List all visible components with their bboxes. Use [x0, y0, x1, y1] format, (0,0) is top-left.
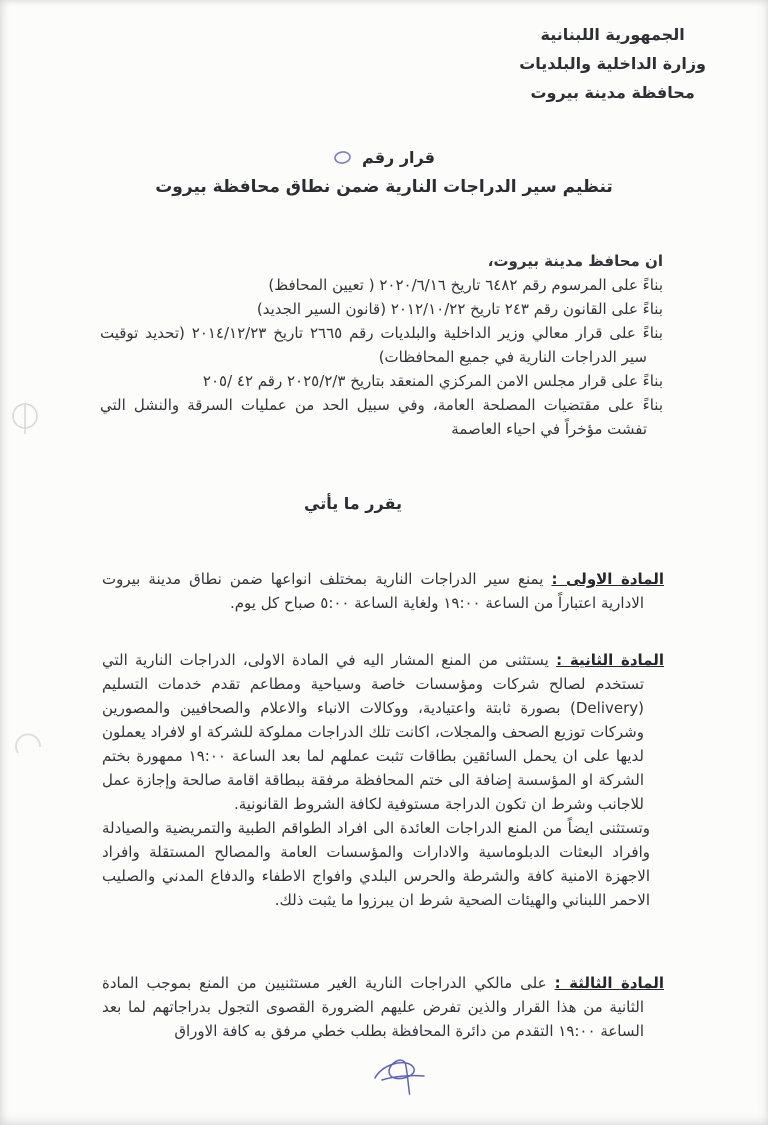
article-2-heading: المادة الثانية :	[556, 651, 664, 669]
margin-pencil-mark-icon	[9, 401, 41, 445]
preamble-intro: ان محافظ مدينة بيروت،	[100, 249, 663, 273]
article-1-heading: المادة الاولى :	[551, 570, 664, 588]
article-3: المادة الثالثة : على مالكي الدراجات النا…	[102, 971, 664, 1043]
margin-crescent-mark-icon	[13, 731, 47, 769]
letterhead-republic: الجمهورية اللبنانية	[519, 20, 706, 49]
title-block: قرار رقم تنظيم سير الدراجات النارية ضمن …	[0, 146, 768, 200]
preamble-clause: بناءً على المرسوم رقم ٦٤٨٢ تاريخ ٢٠٢٠/٦/…	[100, 273, 663, 297]
decree-operative-heading: يقرر ما يأتي	[278, 494, 428, 513]
article-2-body: يستثنى من المنع المشار اليه في المادة ال…	[102, 651, 644, 813]
article-2-body-2: وتستثنى ايضاً من المنع الدراجات العائدة …	[102, 816, 664, 912]
article-2: المادة الثانية : يستثنى من المنع المشار …	[102, 648, 664, 912]
article-3-heading: المادة الثالثة :	[555, 974, 664, 992]
document-page: الجمهورية اللبنانية وزارة الداخلية والبل…	[0, 0, 768, 1125]
letterhead: الجمهورية اللبنانية وزارة الداخلية والبل…	[519, 20, 706, 107]
letterhead-governorate: محافظة مدينة بيروت	[519, 78, 706, 107]
preamble-clause: بناءً على القانون رقم ٢٤٣ تاريخ ٢٠١٢/١٠/…	[100, 297, 663, 321]
handwritten-signature-icon	[372, 1056, 444, 1102]
preamble-clause: بناءً على قرار معالي وزير الداخلية والبل…	[100, 321, 663, 369]
article-1: المادة الاولى : يمنع سير الدراجات الناري…	[102, 567, 664, 615]
letterhead-ministry: وزارة الداخلية والبلديات	[519, 49, 706, 78]
handwritten-circle-icon	[333, 148, 352, 172]
decree-subject: تنظيم سير الدراجات النارية ضمن نطاق محاف…	[0, 174, 768, 200]
decree-number-line: قرار رقم	[0, 146, 768, 172]
decree-number-label: قرار رقم	[362, 148, 435, 167]
preamble: ان محافظ مدينة بيروت، بناءً على المرسوم …	[100, 249, 663, 441]
preamble-clause: بناءً على مقتضيات المصلحة العامة، وفي سب…	[100, 393, 663, 441]
preamble-clause: بناءً على قرار مجلس الامن المركزي المنعق…	[100, 369, 663, 393]
